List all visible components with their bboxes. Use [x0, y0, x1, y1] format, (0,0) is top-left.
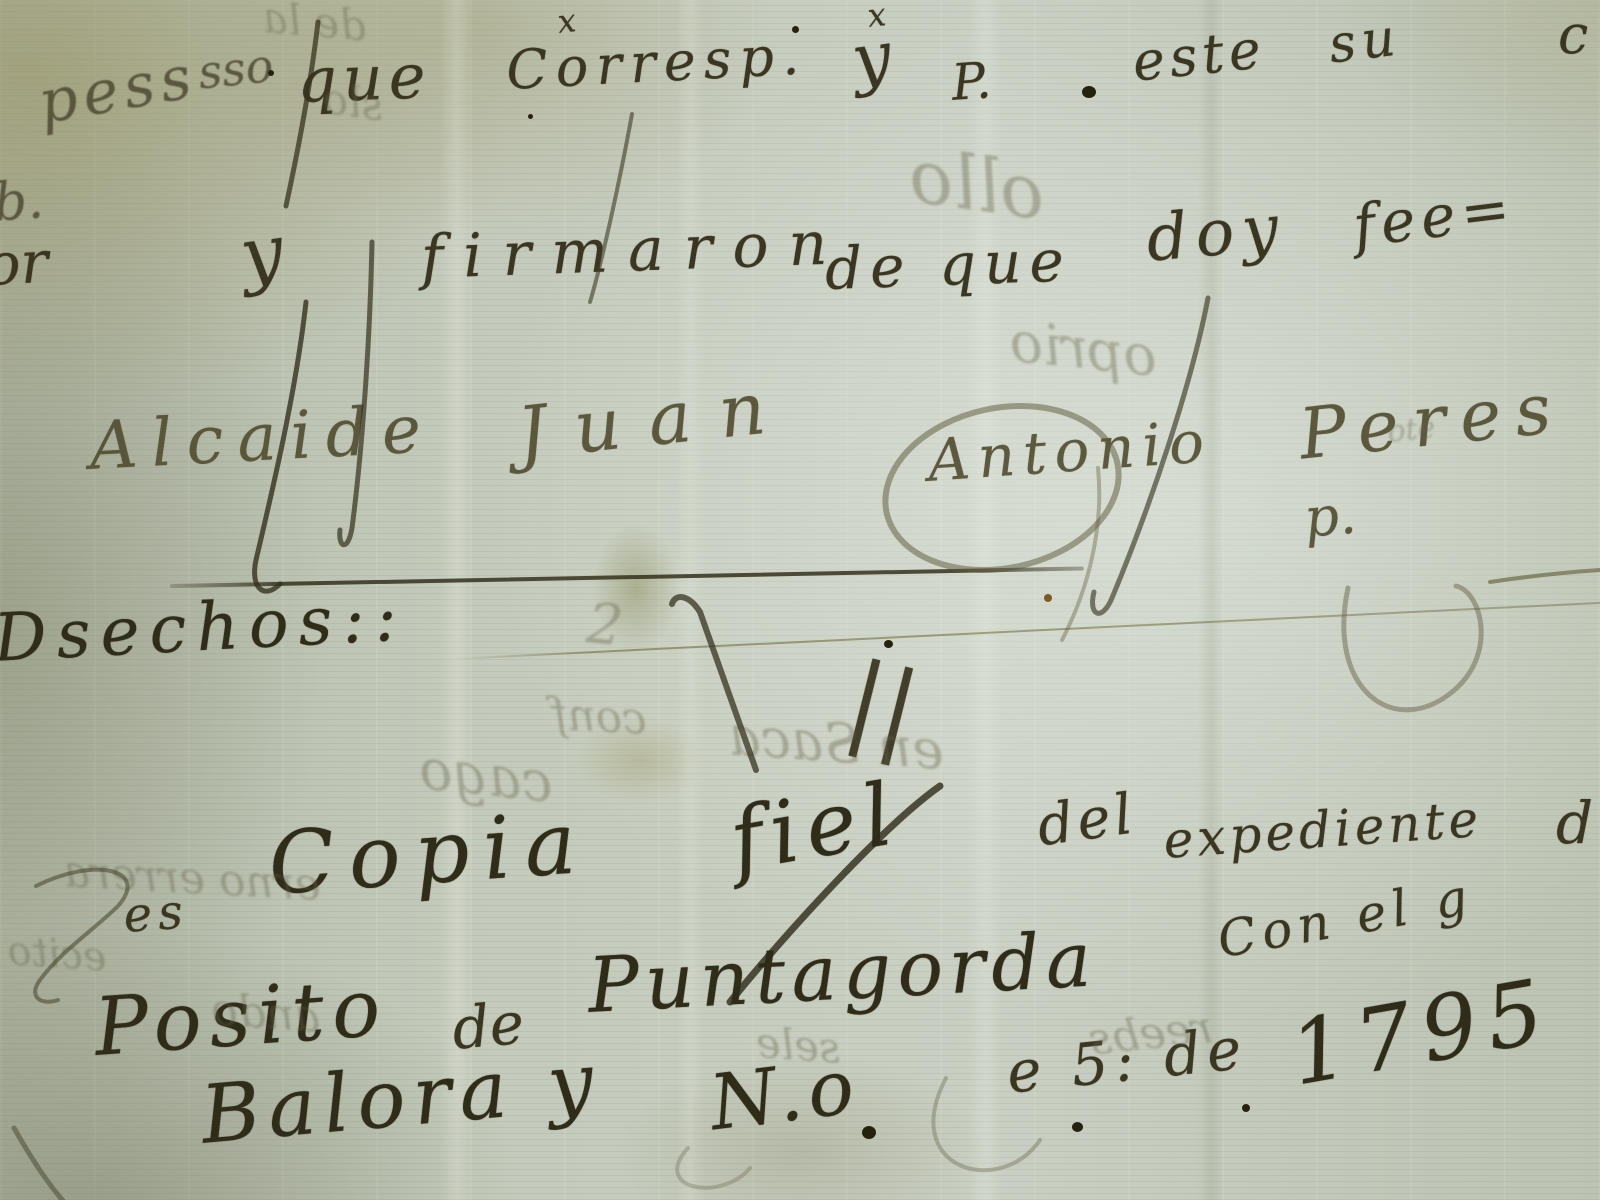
ink-blot — [792, 26, 799, 33]
word-y-2: y — [236, 214, 288, 293]
ink-blot — [1072, 1122, 1083, 1132]
word-cut-right: c — [1558, 8, 1588, 62]
word-p-abbrev: P. — [950, 55, 993, 108]
bleedthrough-text: reebs — [1087, 1006, 1215, 1063]
superscript-mark: x — [556, 4, 577, 38]
word-con-el-g: Con el g — [1214, 871, 1477, 965]
bleedthrough-text: slo — [320, 78, 386, 128]
ink-blot — [268, 70, 274, 76]
bleedthrough-text: erno errera — [63, 851, 322, 908]
signature-juan: Juan — [514, 369, 797, 470]
word-expediente: expediente — [1162, 794, 1484, 866]
manuscript-photo: x x que Corresp. y P. este su c or y fir… — [0, 0, 1600, 1200]
flourish-stroke — [1490, 570, 1600, 582]
word-p-small: p. — [1302, 487, 1358, 545]
word-puntagorda: Puntagorda — [586, 921, 1099, 1024]
bleedthrough-text: cago — [417, 742, 556, 812]
word-alcaide: Alcaide — [88, 396, 436, 480]
bleedthrough-text: ando — [210, 988, 322, 1040]
word-doy: doy — [1144, 196, 1289, 272]
word-firmaron: firmaron — [420, 213, 848, 288]
bleedthrough-text: ollo — [905, 139, 1050, 231]
word-d-cut: d — [1556, 794, 1593, 852]
scribble: sso — [196, 42, 275, 96]
flourish-stroke — [677, 1148, 750, 1188]
bleedthrough-text: conf — [550, 693, 648, 742]
ink-blot — [1242, 1104, 1250, 1112]
word-corresp: Corresp. — [505, 28, 808, 98]
word-y-1: y — [848, 23, 896, 96]
bleedthrough-text: de la — [261, 0, 368, 48]
ink-blot — [1082, 86, 1096, 98]
scribble: pess — [34, 46, 201, 133]
bleedthrough-text: ote — [1386, 413, 1437, 448]
ink-blot — [1044, 594, 1052, 602]
ink-blot — [528, 114, 533, 119]
word-de-que: de que — [824, 231, 1073, 298]
bleedthrough-text: ecito berne de — [0, 918, 108, 978]
flourish-stroke — [1344, 586, 1481, 710]
scribble: b. — [0, 175, 45, 230]
word-del: del — [1034, 786, 1140, 855]
bleedthrough-text: 2 — [584, 596, 625, 655]
word-su: su — [1326, 11, 1404, 71]
bleedthrough-text: oprio — [1007, 315, 1160, 386]
signature-antonio: Antonio — [926, 412, 1214, 490]
bleedthrough-text: sele — [755, 1022, 842, 1070]
bleedthrough-text: en Saca — [727, 709, 946, 778]
word-fiel: fiel — [724, 771, 906, 885]
ink-blot — [884, 640, 893, 648]
word-fragment-left: or — [0, 233, 50, 294]
ink-blot — [862, 1126, 876, 1139]
flourish-stroke — [1062, 468, 1099, 640]
word-fee: fee= — [1350, 178, 1519, 255]
word-este: este — [1130, 22, 1268, 90]
word-1795: 1795 — [1284, 966, 1559, 1098]
flourish-stroke — [14, 1128, 64, 1200]
word-dsechos: Dsechos:: — [0, 584, 408, 672]
